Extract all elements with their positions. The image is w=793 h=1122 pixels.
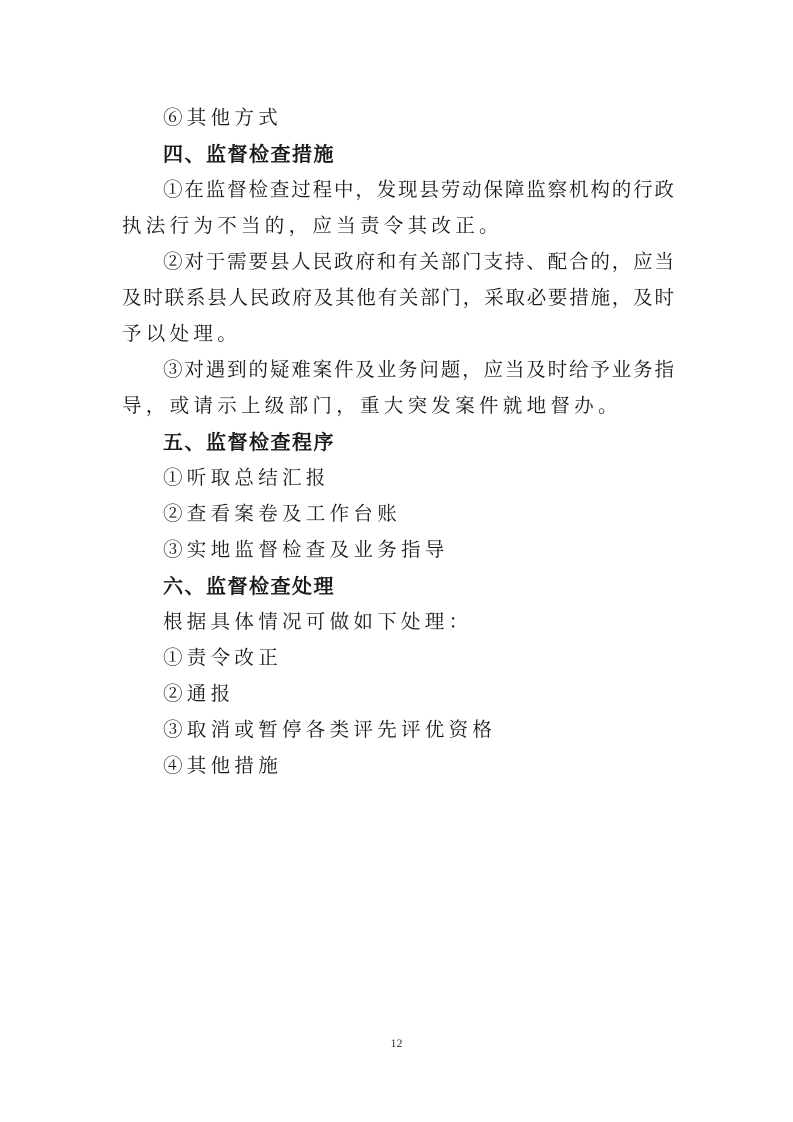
list-item-handling-4: ④其他措施 (122, 748, 674, 784)
paragraph-line: ③对遇到的疑难案件及业务问题，应当及时给予业务指 (122, 352, 674, 388)
handling-intro: 根据具体情况可做如下处理： (122, 604, 674, 640)
page-number: 12 (0, 1036, 793, 1051)
paragraph-line: ②对于需要县人民政府和有关部门支持、配合的，应当 (122, 244, 674, 280)
list-item-procedure-3: ③实地监督检查及业务指导 (122, 532, 674, 568)
paragraph-measure-2: ②对于需要县人民政府和有关部门支持、配合的，应当 及时联系县人民政府及其他有关部… (122, 244, 674, 352)
list-item-handling-3: ③取消或暂停各类评先评优资格 (122, 712, 674, 748)
list-item-procedure-1: ①听取总结汇报 (122, 460, 674, 496)
section-heading-6: 六、监督检查处理 (122, 568, 674, 604)
paragraph-line: ①在监督检查过程中，发现县劳动保障监察机构的行政 (122, 172, 674, 208)
list-item-handling-2: ②通报 (122, 676, 674, 712)
list-item-handling-1: ①责令改正 (122, 640, 674, 676)
section-heading-5: 五、监督检查程序 (122, 424, 674, 460)
paragraph-measure-3: ③对遇到的疑难案件及业务问题，应当及时给予业务指 导，或请示上级部门，重大突发案… (122, 352, 674, 424)
paragraph-line: 及时联系县人民政府及其他有关部门，采取必要措施，及时 (122, 280, 674, 316)
paragraph-line: 执法行为不当的，应当责令其改正。 (122, 208, 674, 244)
paragraph-line: 导，或请示上级部门，重大突发案件就地督办。 (122, 388, 674, 424)
document-page: ⑥其他方式 四、监督检查措施 ①在监督检查过程中，发现县劳动保障监察机构的行政 … (122, 100, 674, 784)
list-item-procedure-2: ②查看案卷及工作台账 (122, 496, 674, 532)
paragraph-line: 予以处理。 (122, 316, 674, 352)
paragraph-measure-1: ①在监督检查过程中，发现县劳动保障监察机构的行政 执法行为不当的，应当责令其改正… (122, 172, 674, 244)
section-heading-4: 四、监督检查措施 (122, 136, 674, 172)
list-item-other-methods: ⑥其他方式 (122, 100, 674, 136)
